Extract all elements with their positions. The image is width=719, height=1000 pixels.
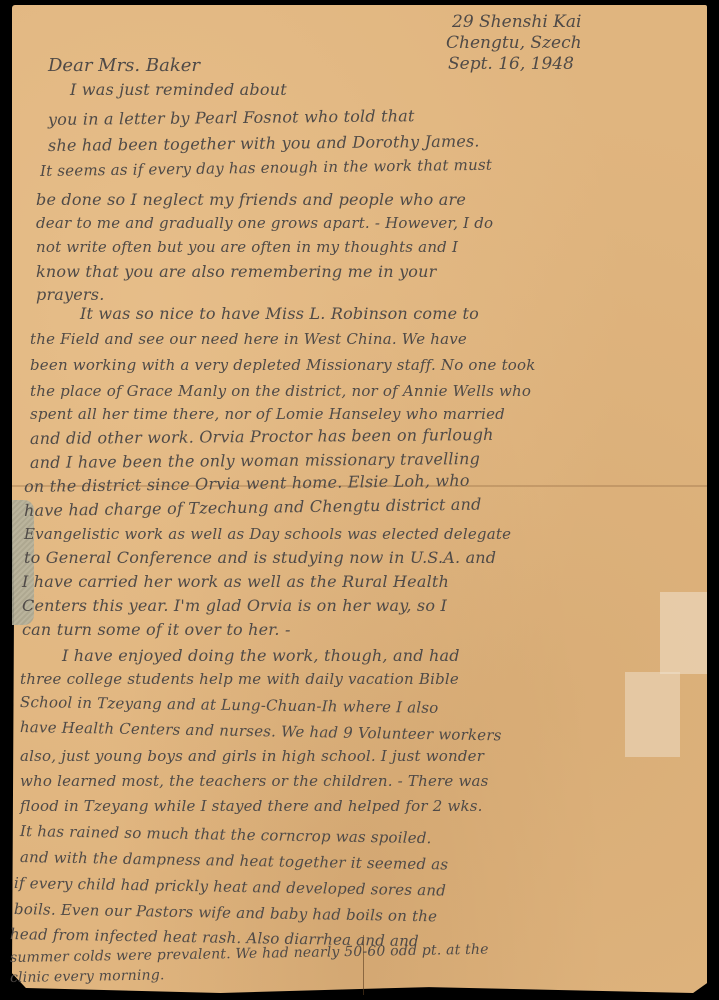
body-line: be done so I neglect my friends and peop… [36,190,466,209]
body-line: I have carried her work as well as the R… [22,572,449,591]
address-street: 29 Shenshi Kai [452,12,582,33]
body-line: and did other work. Orvia Proctor has be… [30,425,494,448]
body-line: who learned most, the teachers or the ch… [20,772,489,790]
letter-date: Sept. 16, 1948 [448,54,582,75]
address-city: Chengtu, Szech [446,33,582,54]
body-line: It was so nice to have Miss L. Robinson … [80,304,479,323]
sender-address-block: 29 Shenshi Kai Chengtu, Szech Sept. 16, … [452,12,582,75]
body-line: three college students help me with dail… [20,670,459,688]
salutation: Dear Mrs. Baker [48,55,200,76]
body-line: can turn some of it over to her. - [22,620,291,639]
body-line: School in Tzeyang and at Lung-Chuan-Ih w… [20,693,439,717]
body-line: not write often but you are often in my … [36,238,458,256]
body-line: on the district since Orvia went home. E… [24,471,470,496]
body-line: It seems as if every day has enough in t… [40,156,492,180]
body-line: dear to me and gradually one grows apart… [36,214,493,232]
body-line: It has rained so much that the corncrop … [20,822,432,847]
body-line: if every child had prickly heat and deve… [14,874,446,900]
body-line: the place of Grace Manly on the district… [30,382,531,400]
body-line: flood in Tzeyang while I stayed there an… [20,797,483,815]
body-line: Centers this year. I'm glad Orvia is on … [22,596,447,615]
body-line: spent all her time there, nor of Lomie H… [30,405,505,423]
body-line: have had charge of Tzechung and Chengtu … [24,495,482,520]
body-line: prayers. [36,285,104,304]
body-line: know that you are also remembering me in… [36,262,437,281]
body-line: Evangelistic work as well as Day schools… [24,525,511,543]
body-line: summer colds were prevalent. We had near… [10,942,489,966]
body-line: have Health Centers and nurses. We had 9… [20,718,502,744]
body-line: the Field and see our need here in West … [30,330,467,348]
body-line: clinic every morning. [10,967,165,986]
body-line: to General Conference and is studying no… [24,548,496,567]
body-line: and with the dampness and heat together … [20,848,449,873]
handwritten-letter: 29 Shenshi Kai Chengtu, Szech Sept. 16, … [0,0,719,1000]
body-line: been working with a very depleted Missio… [30,356,536,374]
body-line: I have enjoyed doing the work, though, a… [62,646,460,665]
body-line: also, just young boys and girls in high … [20,747,484,765]
body-line: I was just reminded about [70,80,287,99]
body-line: and I have been the only woman missionar… [30,449,480,472]
body-line: she had been together with you and Dorot… [48,131,480,155]
body-line: you in a letter by Pearl Fosnot who told… [48,106,415,129]
body-line: boils. Even our Pastors wife and baby ha… [14,900,438,925]
